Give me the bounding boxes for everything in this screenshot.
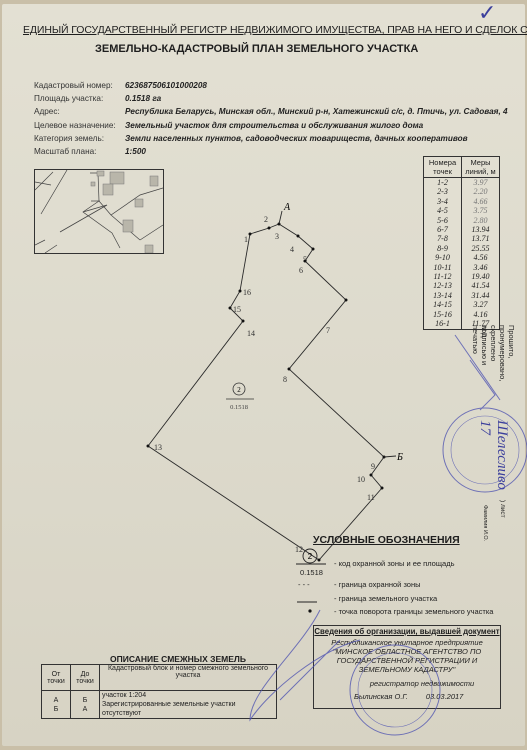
stamps-and-signatures — [0, 0, 527, 750]
round-seal-icon — [350, 645, 440, 735]
round-seal-icon — [443, 408, 527, 492]
